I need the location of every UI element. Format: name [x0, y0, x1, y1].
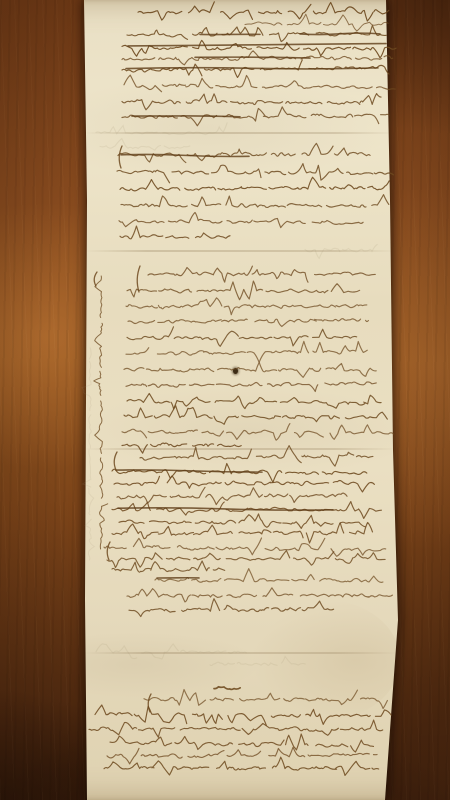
- ink-stroke: [127, 326, 357, 346]
- ink-stroke: [107, 542, 110, 560]
- ink-stroke: [107, 747, 377, 764]
- ink-stroke: [214, 687, 240, 690]
- ink-stroke: [96, 644, 246, 659]
- ink-stroke: [126, 381, 376, 394]
- ink-stroke: [195, 57, 310, 58]
- ink-stroke: [127, 393, 381, 410]
- ink-stroke: [144, 689, 387, 708]
- ink-stroke: [118, 143, 370, 163]
- ink-stroke: [96, 123, 227, 135]
- ink-stroke: [121, 194, 389, 208]
- ink-stroke: [129, 597, 334, 616]
- ink-stroke: [112, 561, 225, 573]
- text-block-3: [122, 266, 394, 454]
- ink-stroke: [114, 452, 117, 470]
- ink-stroke: [82, 348, 94, 560]
- ink-stroke: [122, 422, 394, 441]
- ink-stroke: [140, 445, 373, 468]
- ink-stroke: [137, 266, 140, 292]
- ink-stroke: [127, 588, 392, 602]
- ink-stroke: [114, 475, 374, 493]
- ink-stroke: [119, 514, 365, 529]
- margin-note-vertical: [94, 276, 108, 549]
- ink-stroke: [122, 40, 396, 59]
- ink-stroke: [210, 657, 305, 666]
- ink-stroke: [107, 550, 385, 567]
- ink-stroke: [112, 463, 367, 484]
- text-block-6: [89, 687, 391, 776]
- ink-stroke: [112, 522, 373, 544]
- ink-stroke: [117, 163, 394, 185]
- ink-stroke: [124, 362, 376, 378]
- ink-stroke: [127, 280, 360, 300]
- text-block-4: [104, 445, 386, 572]
- ink-stroke: [94, 276, 108, 549]
- handwriting-ink-layer: [0, 0, 450, 800]
- ink-stroke: [119, 146, 122, 168]
- text-block-2: [117, 143, 394, 239]
- ink-stroke: [95, 705, 391, 726]
- photo-scene: Photograph of a long narrow strip of age…: [0, 0, 450, 800]
- ink-stroke: [124, 405, 387, 425]
- ink-stroke: [119, 212, 363, 228]
- ink-stroke: [128, 44, 386, 46]
- ink-stroke: [126, 341, 368, 364]
- ink-stroke: [120, 177, 389, 191]
- text-block-1: [122, 2, 396, 126]
- ink-stroke: [157, 578, 199, 579]
- flourish-strokes: [94, 146, 151, 712]
- ink-stroke: [124, 74, 395, 94]
- ink-stroke: [305, 245, 377, 259]
- ink-stroke: [245, 14, 388, 31]
- ink-stroke: [117, 486, 347, 505]
- ink-stroke: [122, 91, 381, 112]
- ink-stroke: [148, 694, 151, 712]
- ink-stroke: [100, 139, 190, 151]
- ink-stroke: [128, 318, 368, 328]
- ink-stroke: [110, 732, 374, 752]
- ink-stroke: [138, 2, 389, 21]
- ink-stroke: [89, 720, 383, 738]
- ink-stroke: [126, 298, 367, 315]
- ink-stroke: [104, 757, 379, 775]
- ink-stroke: [122, 443, 241, 454]
- ink-stroke: [104, 536, 386, 557]
- text-block-5: [127, 568, 392, 616]
- ink-stroke: [120, 226, 230, 239]
- ink-stroke: [148, 266, 375, 282]
